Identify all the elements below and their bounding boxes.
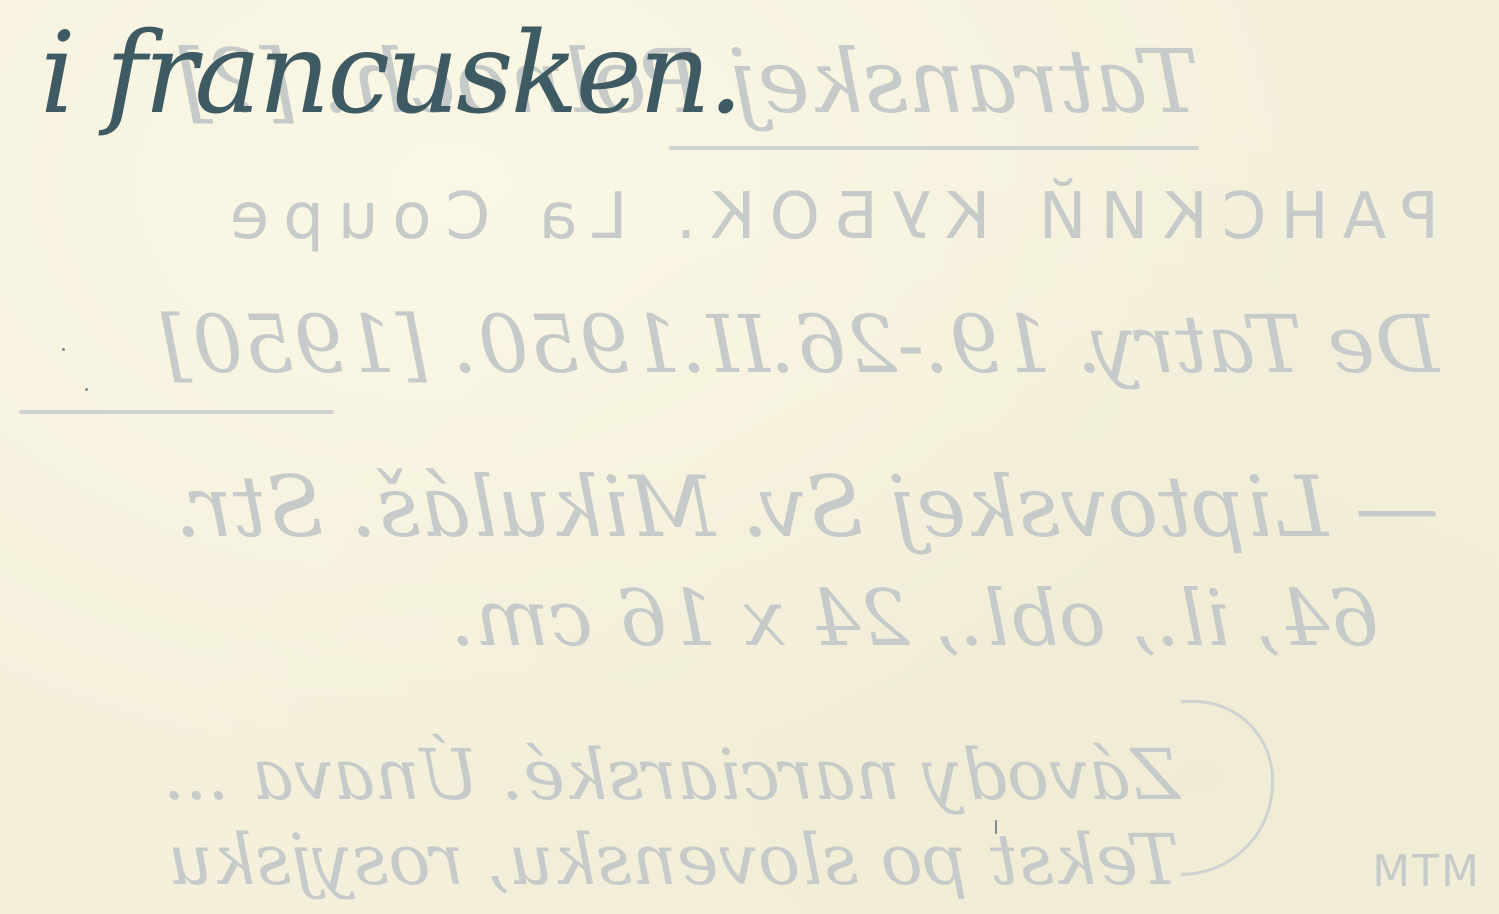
bleed-line-8: MTM <box>1370 850 1479 894</box>
bleed-line-3: De Tatry. 19.-26.II.1950. [1950] <box>161 305 1439 385</box>
ink-mark <box>995 820 997 834</box>
bleed-arrow <box>1181 700 1274 876</box>
bleed-line-2: РАНСКИЙ КУБОК. La Coupe <box>216 185 1439 249</box>
ink-speck <box>62 348 65 351</box>
bleed-line-6: Závody narciarské. Únava ... <box>163 740 1179 810</box>
bleed-line-7: Tekst po slovensku, rosyjsku <box>168 825 1179 895</box>
ink-speck <box>85 388 88 391</box>
bleed-underline-1 <box>669 146 1199 150</box>
catalog-card: Tatranskej Polnoch. [?] РАНСКИЙ КУБОК. L… <box>0 0 1499 914</box>
bleed-line-4: — Liptovskej Sv. Mikuláš. Str. <box>175 465 1439 549</box>
handwritten-note: i francusken. <box>40 18 741 130</box>
bleed-underline-2 <box>19 410 334 414</box>
bleed-line-5: 64, il., obl., 24 x 16 cm. <box>450 580 1379 658</box>
